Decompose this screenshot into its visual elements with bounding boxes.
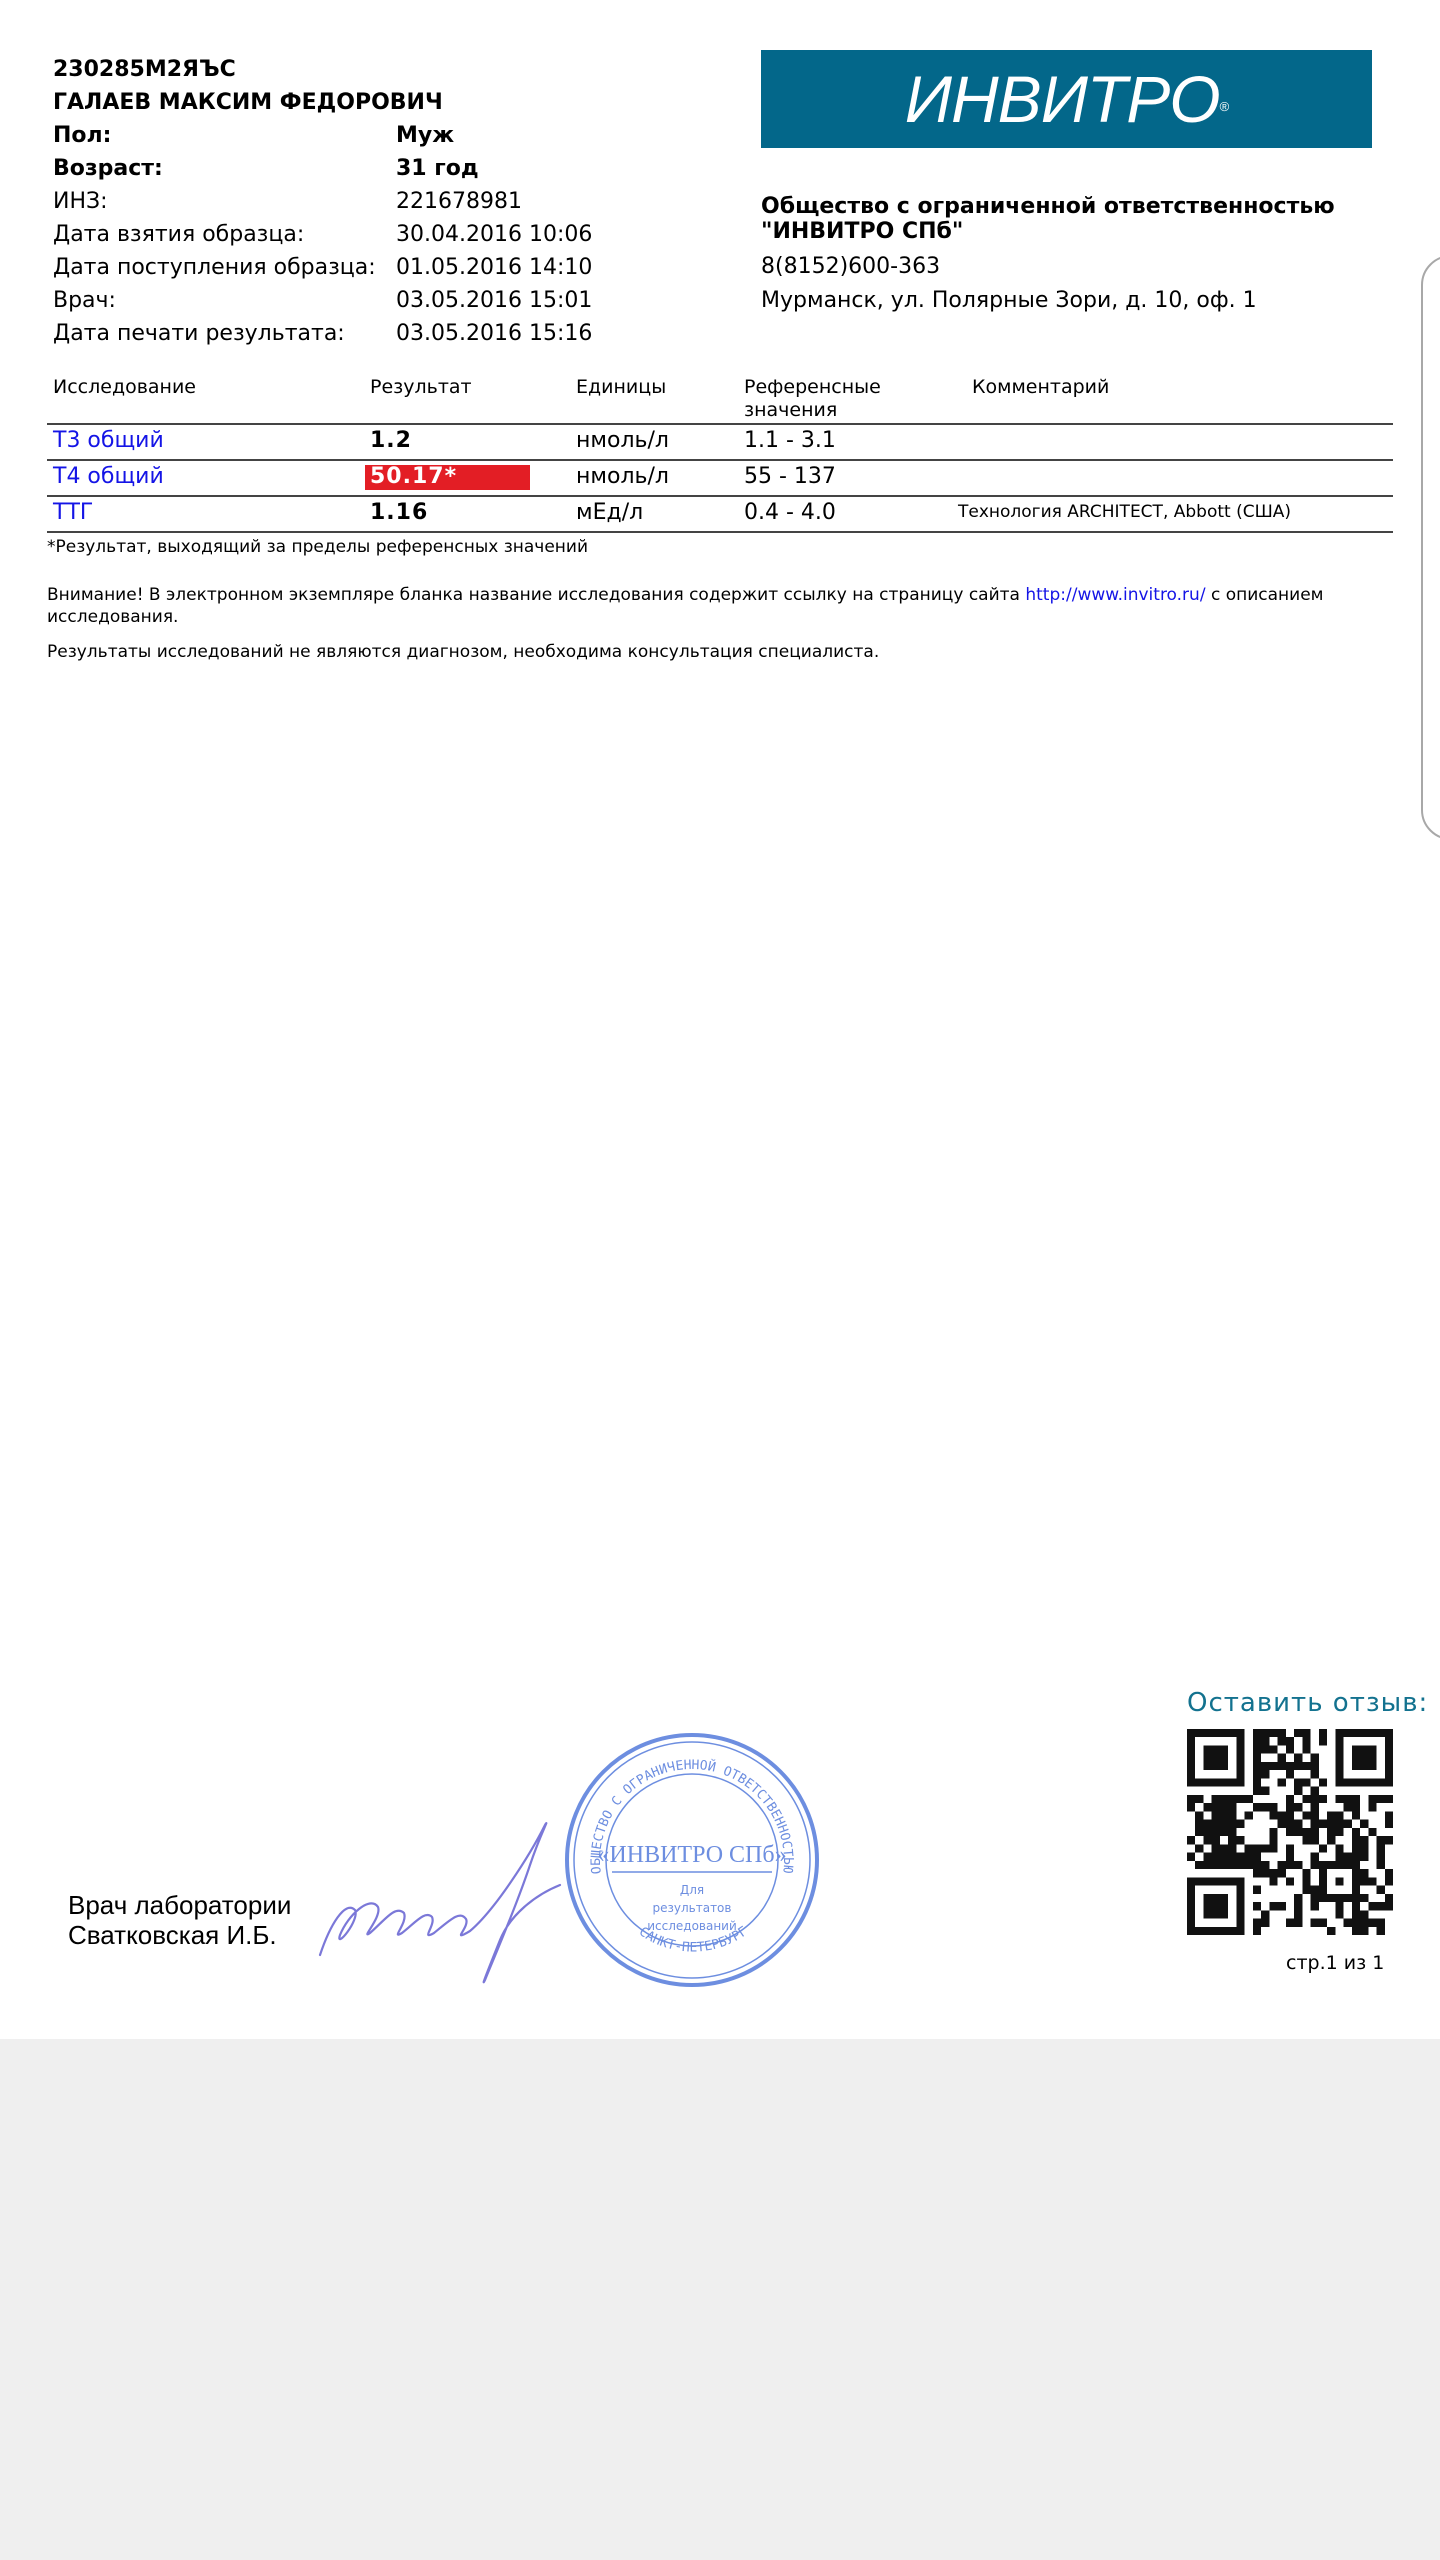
units-value: мЕд/л	[576, 500, 643, 526]
registered-mark-icon: ®	[1220, 99, 1229, 114]
table-divider	[47, 495, 1393, 497]
reference-value: 55 - 137	[744, 464, 836, 490]
header-reference-line1: Референсные	[744, 376, 881, 398]
patient-name: ГАЛАЕВ МАКСИМ ФЕДОРОВИЧ	[53, 86, 443, 119]
reference-value: 1.1 - 3.1	[744, 428, 836, 454]
comment-value: Технология ARCHITECT, Abbott (США)	[958, 502, 1291, 522]
disclaimer: Результаты исследований не являются диаг…	[47, 642, 879, 662]
field-value-age: 31 год	[396, 152, 479, 185]
stamp-line2: результатов	[653, 1901, 732, 1915]
company-name-line2: "ИНВИТРО СПб"	[761, 219, 963, 245]
company-address: Мурманск, ул. Полярные Зори, д. 10, оф. …	[761, 288, 1257, 314]
field-value-sex: Муж	[396, 119, 454, 152]
result-value: 1.16	[370, 500, 428, 526]
attention-text-end: с описанием	[1206, 585, 1324, 605]
signature-icon	[300, 1815, 570, 1990]
units-value: нмоль/л	[576, 464, 669, 490]
field-value-print-date: 03.05.2016 15:16	[396, 317, 592, 350]
result-value: 1.2	[370, 428, 412, 454]
result-value-flagged: 50.17*	[370, 464, 457, 490]
page-number: стр.1 из 1	[1286, 1952, 1384, 1974]
table-divider	[47, 459, 1393, 461]
table-footnote: *Результат, выходящий за пределы референ…	[47, 537, 588, 557]
header-reference-line2: значения	[744, 399, 837, 421]
invitro-site-link[interactable]: http://www.invitro.ru/	[1025, 585, 1205, 605]
field-value-inz: 221678981	[396, 185, 522, 218]
patient-code: 230285М2ЯЪС	[53, 53, 236, 86]
stamp-center: «ИНВИТРО СПб»	[597, 1842, 786, 1868]
field-label-age: Возраст:	[53, 152, 163, 185]
invitro-logo: ИНВИТРО®	[761, 50, 1372, 148]
field-label-sex: Пол:	[53, 119, 111, 152]
units-value: нмоль/л	[576, 428, 669, 454]
field-value-sample-date: 30.04.2016 10:06	[396, 218, 592, 251]
test-link-tsh[interactable]: ТТГ	[53, 500, 93, 526]
side-panel-edge	[1421, 255, 1440, 840]
test-link-t4[interactable]: Т4 общий	[53, 464, 164, 490]
stamp-line1: Для	[680, 1883, 704, 1897]
field-label-received-date: Дата поступления образца:	[53, 251, 376, 284]
document-page: 230285М2ЯЪС ГАЛАЕВ МАКСИМ ФЕДОРОВИЧ Пол:…	[0, 0, 1440, 2039]
header-result: Результат	[370, 376, 472, 398]
field-label-inz: ИНЗ:	[53, 185, 108, 218]
field-value-received-date: 01.05.2016 14:10	[396, 251, 592, 284]
logo-text: ИНВИТРО	[905, 62, 1220, 136]
qr-code-icon[interactable]	[1187, 1729, 1393, 1935]
field-label-sample-date: Дата взятия образца:	[53, 218, 304, 251]
stamp-icon: ОБЩЕСТВО С ОГРАНИЧЕННОЙ ОТВЕТСТВЕННОСТЬЮ…	[560, 1730, 825, 1990]
header-units: Единицы	[576, 376, 666, 398]
header-comment: Комментарий	[972, 376, 1109, 398]
table-divider	[47, 531, 1393, 533]
test-link-t3[interactable]: Т3 общий	[53, 428, 164, 454]
doctor-title: Врач лаборатории	[68, 1890, 291, 1920]
field-value-doctor: 03.05.2016 15:01	[396, 284, 592, 317]
reference-value: 0.4 - 4.0	[744, 500, 836, 526]
feedback-label: Оставить отзыв:	[1187, 1688, 1428, 1718]
field-label-doctor: Врач:	[53, 284, 116, 317]
header-test: Исследование	[53, 376, 196, 398]
doctor-name: Сватковская И.Б.	[68, 1920, 277, 1950]
page-background	[0, 2039, 1440, 2560]
attention-note: Внимание! В электронном экземпляре бланк…	[47, 585, 1324, 605]
attention-note-line2: исследования.	[47, 607, 178, 627]
company-name-line1: Общество с ограниченной ответственностью	[761, 194, 1335, 220]
table-divider	[47, 423, 1393, 425]
attention-text: Внимание! В электронном экземпляре бланк…	[47, 585, 1025, 605]
field-label-print-date: Дата печати результата:	[53, 317, 345, 350]
stamp-line3: исследований	[647, 1919, 737, 1933]
company-phone: 8(8152)600-363	[761, 254, 940, 280]
